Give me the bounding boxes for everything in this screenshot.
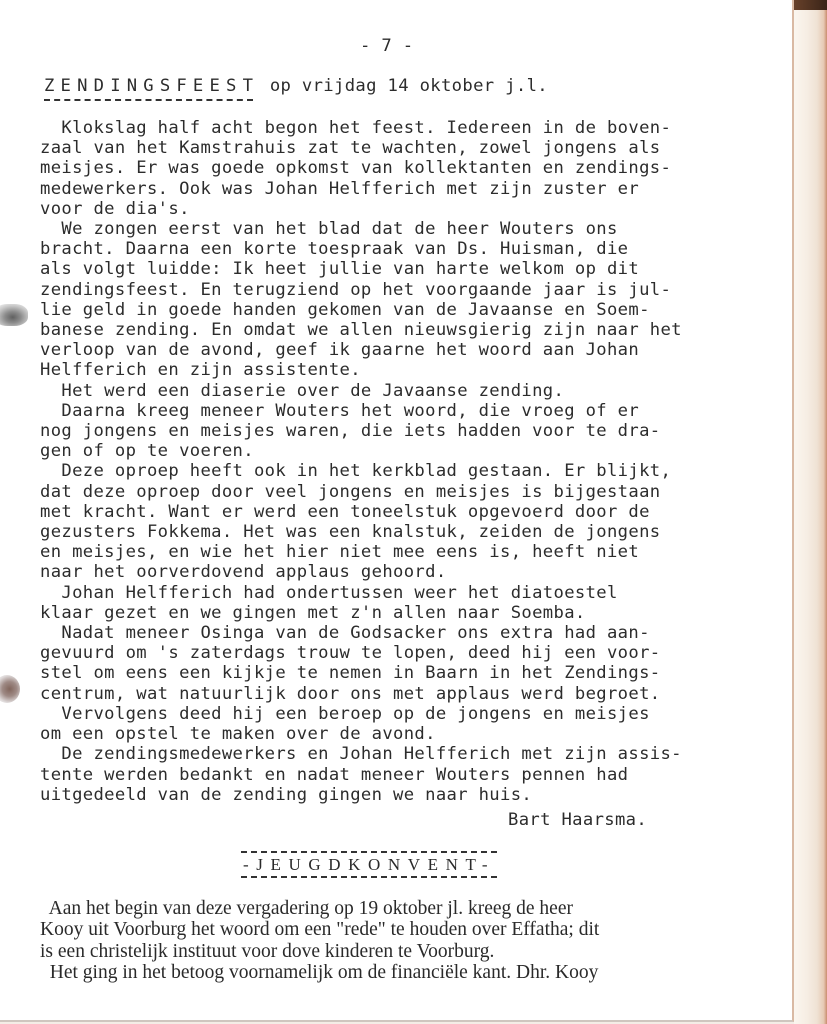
text-line: Aan het begin van deze vergadering op 19… [40, 898, 599, 919]
text-line: banese zending. En omdat we allen nieuws… [40, 320, 682, 340]
text-line: Daarna kreeg meneer Wouters het woord, d… [40, 401, 682, 421]
text-line: en meisjes, en wie het hier niet mee een… [40, 542, 682, 562]
document-page: - 7 - ZENDINGSFEEST op vrijdag 14 oktobe… [0, 0, 794, 1022]
text-line: voor de dia's. [40, 199, 682, 219]
text-line: om een opstel te maken over de avond. [40, 724, 682, 744]
text-line: meisjes. Er was goede opkomst van kollek… [40, 158, 682, 178]
text-line: is een christelijk instituut voor dove k… [40, 941, 599, 962]
section-title: -JEUGDKONVENT- [241, 851, 497, 878]
page-edge-stack [794, 0, 827, 1024]
punch-hole [0, 675, 20, 703]
text-line: Deze oproep heeft ook in het kerkblad ge… [40, 461, 682, 481]
punch-hole [0, 304, 28, 326]
article-body: Klokslag half acht begon het feest. Iede… [40, 118, 682, 805]
text-line: met kracht. Want er werd een toneelstuk … [40, 502, 682, 522]
text-line: centrum, wat natuurlijk door ons met app… [40, 684, 682, 704]
text-line: stel om eens een kijkje te nemen in Baar… [40, 663, 682, 683]
text-line: Het ging in het betoog voornamelijk om d… [40, 962, 599, 983]
text-line: klaar gezet en we gingen met z'n allen n… [40, 603, 682, 623]
text-line: zendingsfeest. En terugziend op het voor… [40, 280, 682, 300]
page-number: - 7 - [360, 36, 414, 56]
text-line: gevuurd om 's zaterdags trouw te lopen, … [40, 643, 682, 663]
text-line: als volgt luidde: Ik heet jullie van har… [40, 259, 682, 279]
author-signature: Bart Haarsma. [508, 810, 647, 830]
text-line: Het werd een diaserie over de Javaanse z… [40, 381, 682, 401]
text-line: gen of op te voeren. [40, 441, 682, 461]
text-line: We zongen eerst van het blad dat de heer… [40, 219, 682, 239]
text-line: nog jongens en meisjes waren, die iets h… [40, 421, 682, 441]
text-line: Helfferich en zijn assistente. [40, 360, 682, 380]
text-line: Klokslag half acht begon het feest. Iede… [40, 118, 682, 138]
text-line: Vervolgens deed hij een beroep op de jon… [40, 704, 682, 724]
text-line: Nadat meneer Osinga van de Godsacker ons… [40, 623, 682, 643]
text-line: lie geld in goede handen gekomen van de … [40, 300, 682, 320]
text-line: tente werden bedankt en nadat meneer Wou… [40, 765, 682, 785]
text-line: Johan Helfferich had ondertussen weer he… [40, 583, 682, 603]
text-line: De zendingsmedewerkers en Johan Helfferi… [40, 744, 682, 764]
text-line: uitgedeeld van de zending gingen we naar… [40, 785, 682, 805]
article-title: ZENDINGSFEEST [44, 76, 259, 96]
article-subtitle: op vrijdag 14 oktober j.l. [259, 76, 548, 96]
article-heading: ZENDINGSFEEST op vrijdag 14 oktober j.l. [44, 76, 548, 96]
article-body: Aan het begin van deze vergadering op 19… [40, 898, 599, 983]
text-line: bracht. Daarna een korte toespraak van D… [40, 239, 682, 259]
text-line: Kooy uit Voorburg het woord om een "rede… [40, 919, 599, 940]
text-line: naar het oorverdovend applaus gehoord. [40, 562, 682, 582]
text-line: verloop van de avond, geef ik gaarne het… [40, 340, 682, 360]
text-line: gezusters Fokkema. Het was een knalstuk,… [40, 522, 682, 542]
text-line: dat deze oproep door veel jongens en mei… [40, 482, 682, 502]
text-line: medewerkers. Ook was Johan Helfferich me… [40, 179, 682, 199]
text-line: zaal van het Kamstrahuis zat te wachten,… [40, 138, 682, 158]
